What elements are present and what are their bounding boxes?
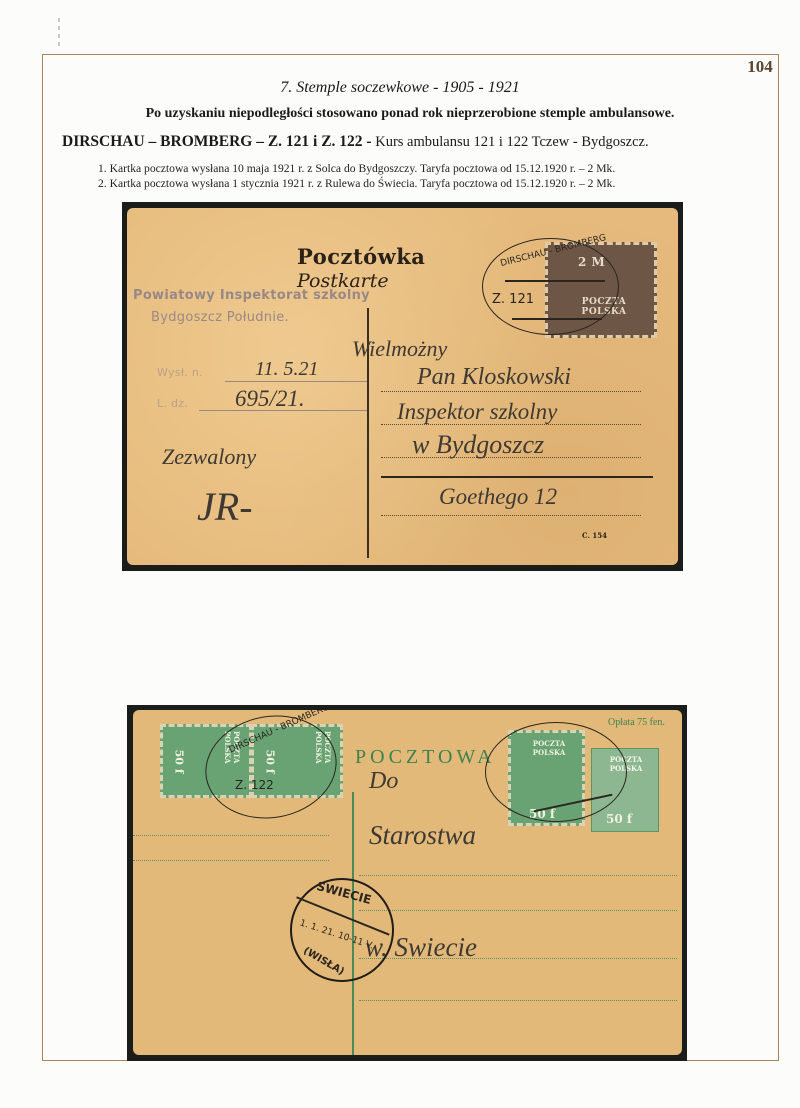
printer-mark: C. 154 <box>582 531 607 540</box>
page-title: 7. Stemple soczewkowe - 1905 - 1921 <box>0 79 800 97</box>
item-description-2: 2. Kartka pocztowa wysłana 1 stycznia 19… <box>98 176 615 191</box>
postcard-1-mount: Pocztówka Postkarte Powiatowy Inspektora… <box>122 202 683 571</box>
sender-cachet-line-2: Bydgoszcz Południe. <box>151 310 289 325</box>
form-label-ldz: L. dz. <box>157 397 188 410</box>
address-rule <box>359 910 677 911</box>
address-line-4: w Bydgoszcz <box>412 430 544 460</box>
sender-cachet-line-1: Powiatowy Inspektorat szkolny <box>133 288 370 303</box>
item-description-1: 1. Kartka pocztowa wysłana 10 maja 1921 … <box>98 161 615 176</box>
message-rule <box>133 860 329 861</box>
page-number: 104 <box>742 57 778 77</box>
postage-fee-note: Opłata 75 fen. <box>608 717 665 728</box>
address-line-5: Goethego 12 <box>439 484 557 510</box>
postcard-2: POCZTOWA Opłata 75 fen. Do Starostwa w. … <box>133 710 682 1055</box>
postcard-1-header: Pocztówka <box>297 244 425 269</box>
address-rule <box>381 391 641 392</box>
punch-mark <box>58 26 60 30</box>
address-rule <box>359 1000 677 1001</box>
section-heading-route: DIRSCHAU – BROMBERG – Z. 121 i Z. 122 - <box>62 133 372 150</box>
cancel-bar <box>512 318 602 320</box>
indicium-value: 50 f <box>606 812 632 826</box>
form-label-sent: Wysł. n. <box>157 366 203 379</box>
handwritten-approval: Zezwalony <box>162 444 256 470</box>
postcard-1: Pocztówka Postkarte Powiatowy Inspektora… <box>127 208 678 565</box>
page-subtitle: Po uzyskaniu niepodległości stosowano po… <box>0 106 800 122</box>
section-heading-description: Kurs ambulansu 121 i 122 Tczew - Bydgosz… <box>372 134 649 150</box>
address-rule <box>359 875 677 876</box>
punch-mark <box>58 42 60 46</box>
postmark-train-number: Z. 121 <box>492 292 534 307</box>
address-line-1: Do <box>369 768 398 795</box>
postcard-2-header: POCZTOWA <box>355 746 496 769</box>
punch-mark <box>58 34 60 38</box>
address-rule <box>381 515 641 516</box>
message-rule <box>133 835 329 836</box>
section-heading: DIRSCHAU – BROMBERG – Z. 121 i Z. 122 - … <box>62 133 649 151</box>
cancel-bar <box>505 280 605 282</box>
handwritten-signature: JR- <box>197 483 253 530</box>
address-line-3: Inspektor szkolny <box>397 399 557 425</box>
address-line-2: Pan Kloskowski <box>417 364 571 391</box>
form-date-handwritten: 11. 5.21 <box>255 358 319 381</box>
stamp-value: 50 f <box>172 750 185 774</box>
item-descriptions: 1. Kartka pocztowa wysłana 10 maja 1921 … <box>98 161 615 191</box>
postmark-train-number: Z. 122 <box>235 778 274 792</box>
form-ldz-handwritten: 695/21. <box>235 386 305 412</box>
address-line-1: Wielmożny <box>352 336 447 362</box>
postcard-2-mount: POCZTOWA Opłata 75 fen. Do Starostwa w. … <box>127 705 687 1061</box>
address-rule-bold <box>381 476 653 478</box>
address-line-2: Starostwa <box>369 820 476 851</box>
punch-mark <box>58 18 60 22</box>
form-rule <box>225 381 367 382</box>
